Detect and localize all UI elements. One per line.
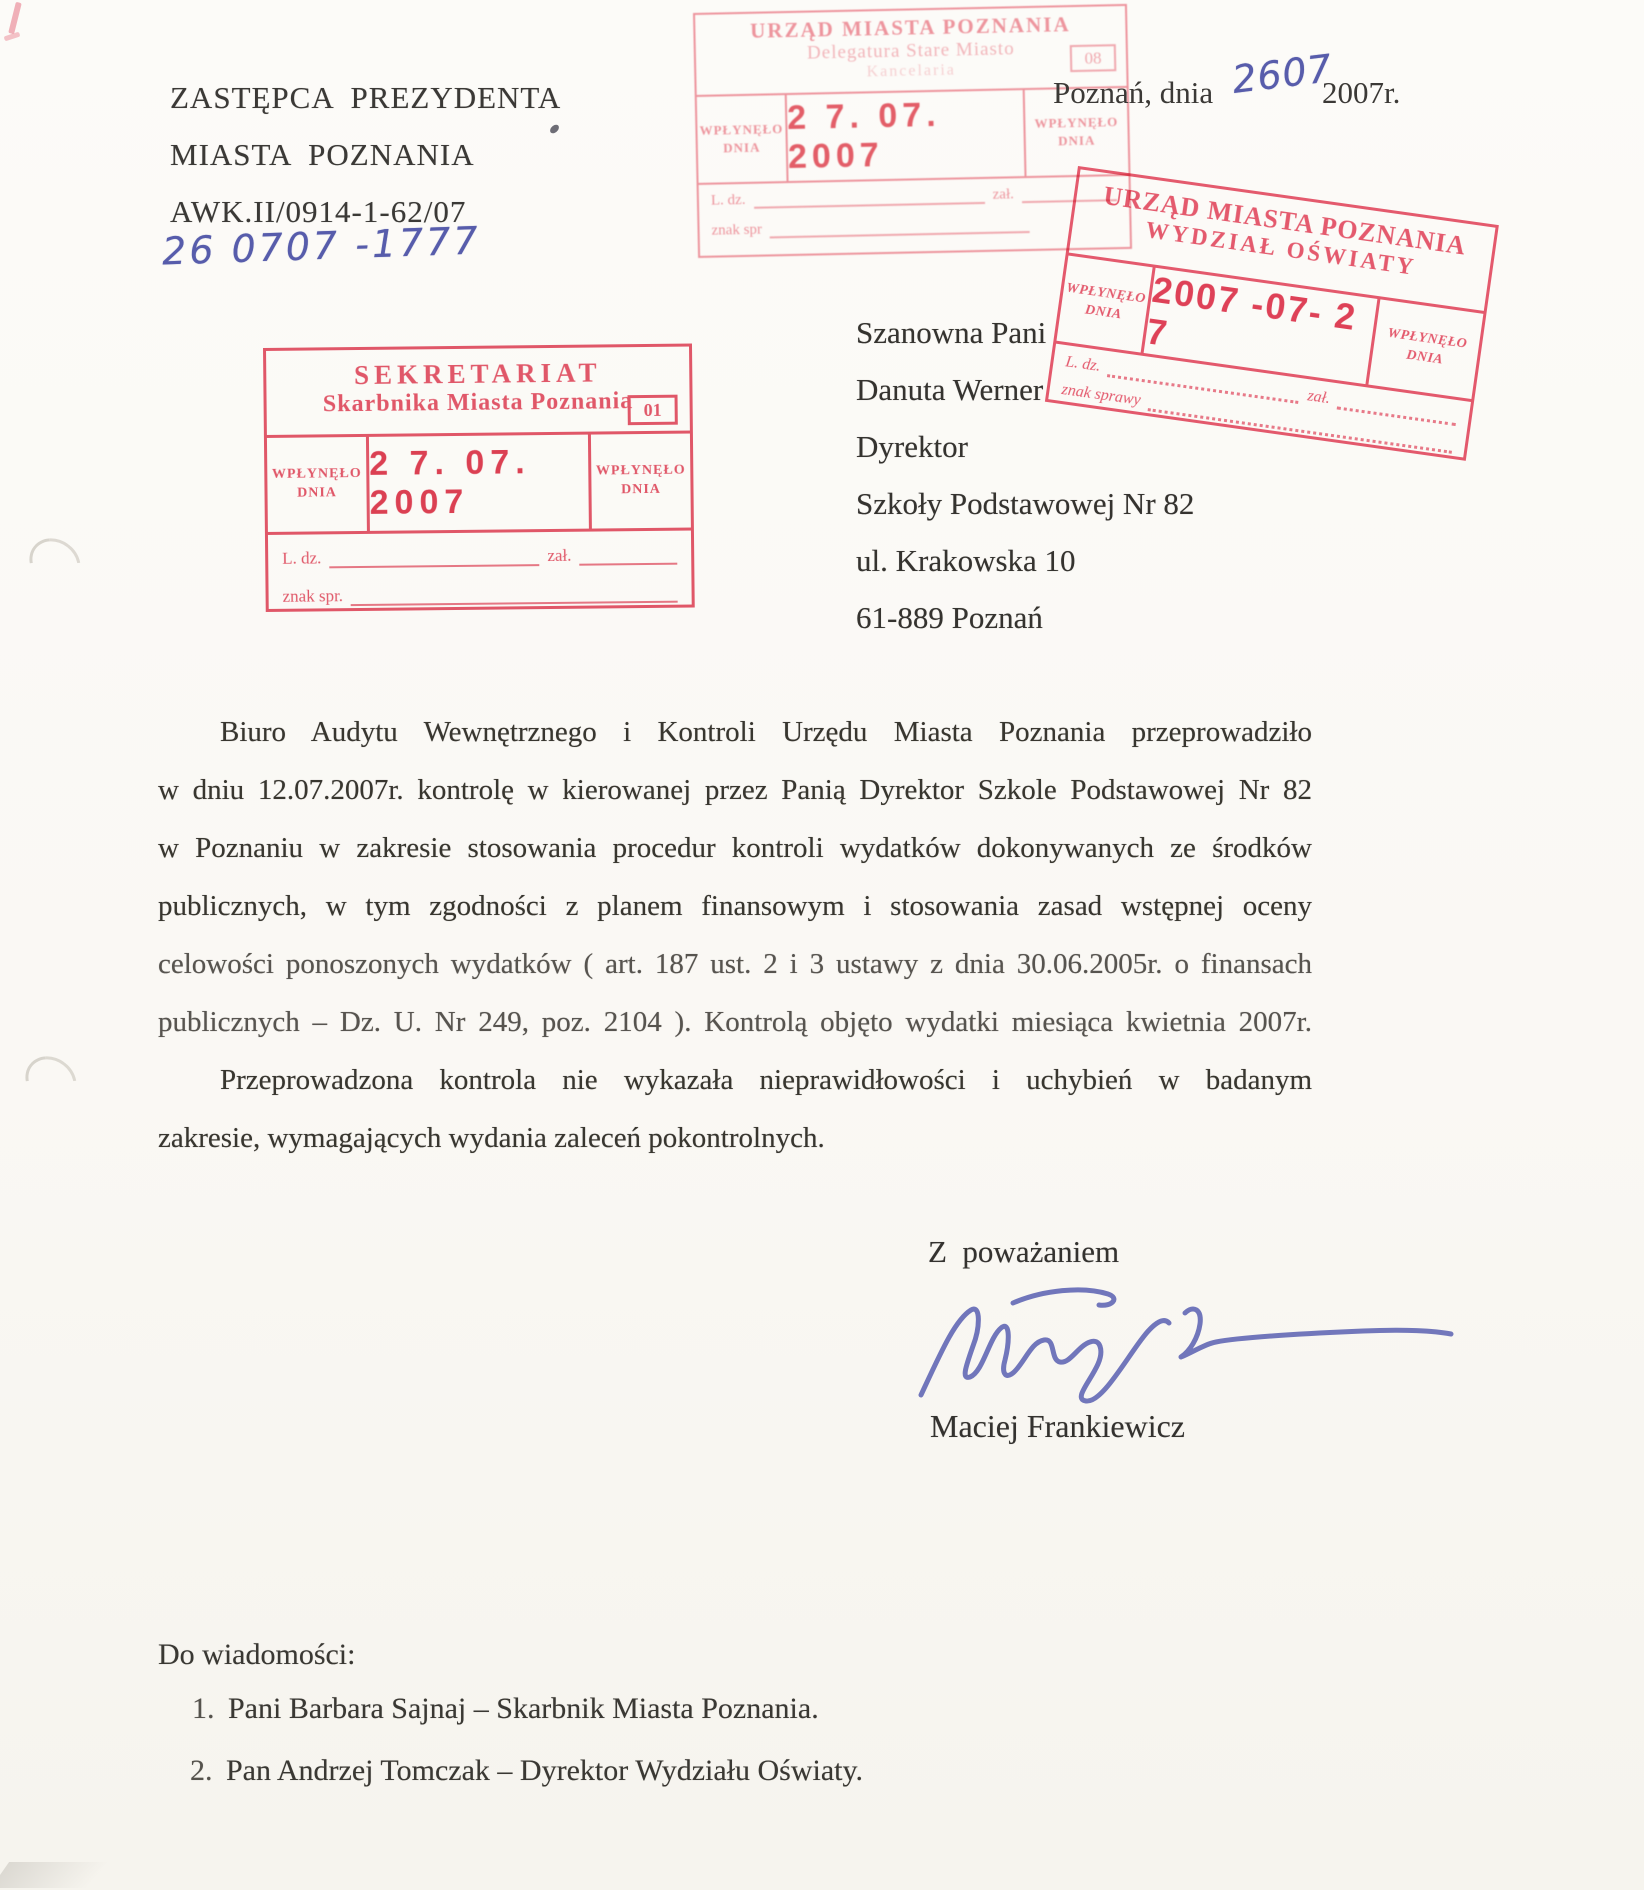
- letterhead-title-line1: ZASTĘPCA PREZYDENTA: [170, 80, 561, 116]
- cc-item-text: Pan Andrzej Tomczak – Dyrektor Wydziału …: [226, 1754, 863, 1787]
- body-line: w Poznaniu w zakresie stosowania procedu…: [158, 828, 1312, 868]
- received-label: DNIA: [297, 484, 337, 503]
- body-line: celowości ponoszonych wydatków ( art. 18…: [158, 944, 1312, 984]
- page-curl-artifact: [16, 1046, 87, 1115]
- cc-item-number: 1.: [192, 1692, 228, 1726]
- cc-item-text: Pani Barbara Sajnaj – Skarbnik Miasta Po…: [228, 1692, 819, 1725]
- stamp-header: SEKRETARIAT Skarbnika Miasta Poznania: [266, 347, 690, 435]
- zal-label: zał.: [992, 186, 1014, 203]
- zal-label: zał.: [1306, 387, 1331, 408]
- handwritten-signature: [893, 1280, 1463, 1415]
- page-curl-artifact: [20, 528, 91, 597]
- fill-line: [579, 552, 677, 566]
- received-label: DNIA: [621, 481, 661, 500]
- received-label: WPŁYNĘŁO: [1034, 114, 1118, 133]
- received-label: DNIA: [1084, 301, 1123, 325]
- scan-smudge: [0, 1862, 139, 1888]
- stamp-delegatura-stare-miasto: URZĄD MIASTA POZNANIA Delegatura Stare M…: [693, 4, 1132, 258]
- received-label: WPŁYNĘŁO: [699, 121, 783, 140]
- znak-label: znak sprawy: [1060, 381, 1141, 410]
- body-line: w dniu 12.07.2007r. kontrolę w kierowane…: [158, 770, 1312, 810]
- stamp-wydzial-oswiaty: URZĄD MIASTA POZNANIA WYDZIAŁ OŚWIATY WP…: [1045, 166, 1499, 461]
- stamp-received-cell: WPŁYNĘŁO DNIA: [697, 95, 789, 183]
- handwritten-date: 2607: [1230, 46, 1335, 102]
- recipient-street: ul. Krakowska 10: [856, 543, 1076, 579]
- znak-label: znak spr.: [283, 586, 344, 607]
- ldz-label: L. dz.: [282, 548, 321, 568]
- fill-line: [770, 220, 1030, 238]
- cc-item: 1.Pani Barbara Sajnaj – Skarbnik Miasta …: [192, 1692, 819, 1726]
- stamp-date: 2 7. 07. 2007: [369, 435, 589, 531]
- recipient-institution: Szkoły Podstawowej Nr 82: [856, 486, 1194, 522]
- zal-label: zał.: [547, 546, 571, 566]
- scanned-letter-page: ZASTĘPCA PREZYDENTA MIASTA POZNANIA AWK.…: [0, 0, 1644, 1890]
- letterhead-title-line2: MIASTA POZNANIA: [170, 137, 475, 173]
- ldz-label: L. dz.: [711, 192, 746, 210]
- znak-label: znak spr: [711, 222, 762, 240]
- cc-item: 2.Pan Andrzej Tomczak – Dyrektor Wydział…: [190, 1754, 863, 1788]
- body-line: publicznych, w tym zgodności z planem fi…: [158, 886, 1312, 926]
- stamp-subtitle: Skarbnika Miasta Poznania: [266, 388, 689, 419]
- ldz-label: L. dz.: [1064, 353, 1101, 376]
- stamp-date: 2 7. 07. 2007: [787, 90, 1025, 181]
- recipient-salutation: Szanowna Pani: [856, 315, 1046, 351]
- fill-line: [351, 590, 678, 606]
- stamp-received-cell: WPŁYNĘŁO DNIA: [267, 437, 370, 532]
- stamp-sekretariat-skarbnika: SEKRETARIAT Skarbnika Miasta Poznania 01…: [263, 344, 695, 612]
- cc-item-number: 2.: [190, 1754, 226, 1788]
- stamp-reference-fields: L. dz. zał. znak spr: [699, 176, 1130, 256]
- received-label: DNIA: [723, 139, 761, 157]
- received-label: WPŁYNĘŁO: [272, 465, 362, 485]
- corner-ink-artifact: [4, 32, 21, 42]
- body-line: Przeprowadzona kontrola nie wykazała nie…: [158, 1060, 1312, 1100]
- corner-ink-artifact: [8, 2, 22, 35]
- stamp-received-cell: WPŁYNĘŁO DNIA: [1365, 299, 1483, 399]
- recipient-name: Danuta Werner: [856, 372, 1043, 408]
- stamp-reference-fields: L. dz. zał. znak spr.: [268, 531, 692, 609]
- stamp-code-box: 01: [628, 395, 678, 426]
- recipient-title: Dyrektor: [856, 429, 968, 465]
- stamp-received-cell: WPŁYNĘŁO DNIA: [588, 434, 691, 529]
- body-line: publicznych – Dz. U. Nr 249, poz. 2104 )…: [158, 1002, 1312, 1042]
- dateline-prefix: Poznań, dnia: [1053, 75, 1213, 111]
- body-line: Biuro Audytu Wewnętrznego i Kontroli Urz…: [158, 712, 1312, 752]
- received-label: WPŁYNĘŁO: [596, 462, 686, 482]
- stamp-code-box: 08: [1070, 44, 1117, 72]
- stamp-title: SEKRETARIAT: [266, 357, 689, 392]
- stamp-date-row: WPŁYNĘŁO DNIA 2 7. 07. 2007 WPŁYNĘŁO DNI…: [267, 431, 691, 535]
- fill-line: [753, 191, 984, 209]
- received-label: DNIA: [1058, 132, 1096, 150]
- scan-speck: [549, 123, 560, 135]
- received-label: DNIA: [1405, 347, 1444, 371]
- fill-line: [329, 553, 539, 568]
- cc-heading: Do wiadomości:: [158, 1638, 355, 1672]
- stamp-received-cell: WPŁYNĘŁO DNIA: [1056, 256, 1155, 353]
- body-line: zakresie, wymagających wydania zaleceń p…: [158, 1118, 1312, 1158]
- recipient-city: 61-889 Poznań: [856, 600, 1043, 636]
- valediction: Z poważaniem: [928, 1234, 1119, 1270]
